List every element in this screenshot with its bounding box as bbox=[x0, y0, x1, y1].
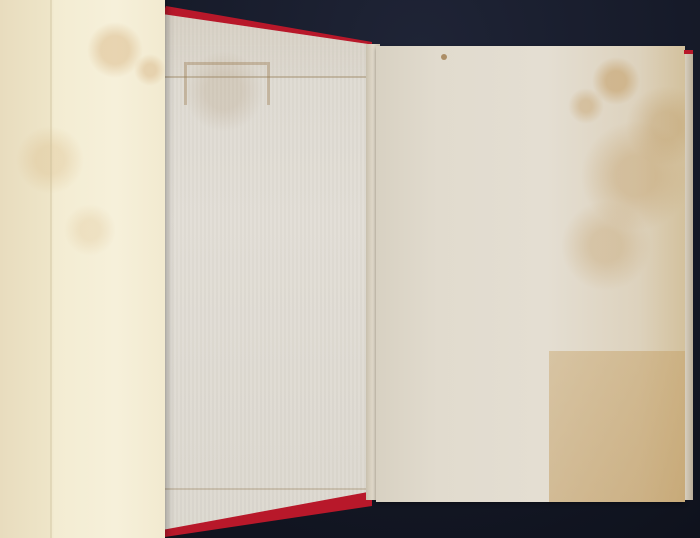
foxing-spot bbox=[441, 54, 447, 60]
yellowed-flyleaf bbox=[0, 0, 165, 538]
right-page-block-edge bbox=[685, 52, 693, 500]
photo-scene bbox=[0, 0, 700, 538]
right-endpaper bbox=[376, 46, 685, 502]
stain-outline bbox=[184, 62, 270, 105]
corner-stain bbox=[549, 351, 685, 502]
flyleaf-fold bbox=[50, 0, 52, 538]
left-pastedown bbox=[162, 14, 368, 530]
right-cover-red-edge bbox=[684, 50, 693, 54]
